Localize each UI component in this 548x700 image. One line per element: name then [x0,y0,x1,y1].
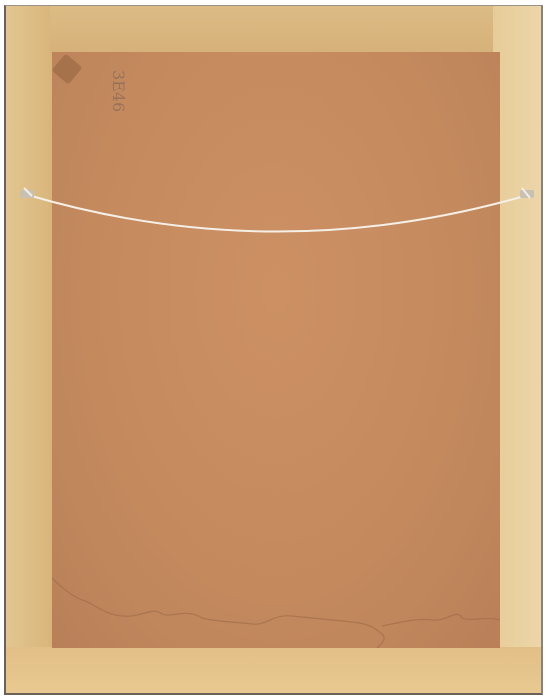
water-stain-line [52,578,500,648]
hanging-wire [6,6,545,266]
picture-frame-back: 3E46 [4,5,543,695]
tape-strip-bottom [6,647,541,693]
wire-hook-right [520,188,534,198]
wire-hook-left [20,188,34,198]
